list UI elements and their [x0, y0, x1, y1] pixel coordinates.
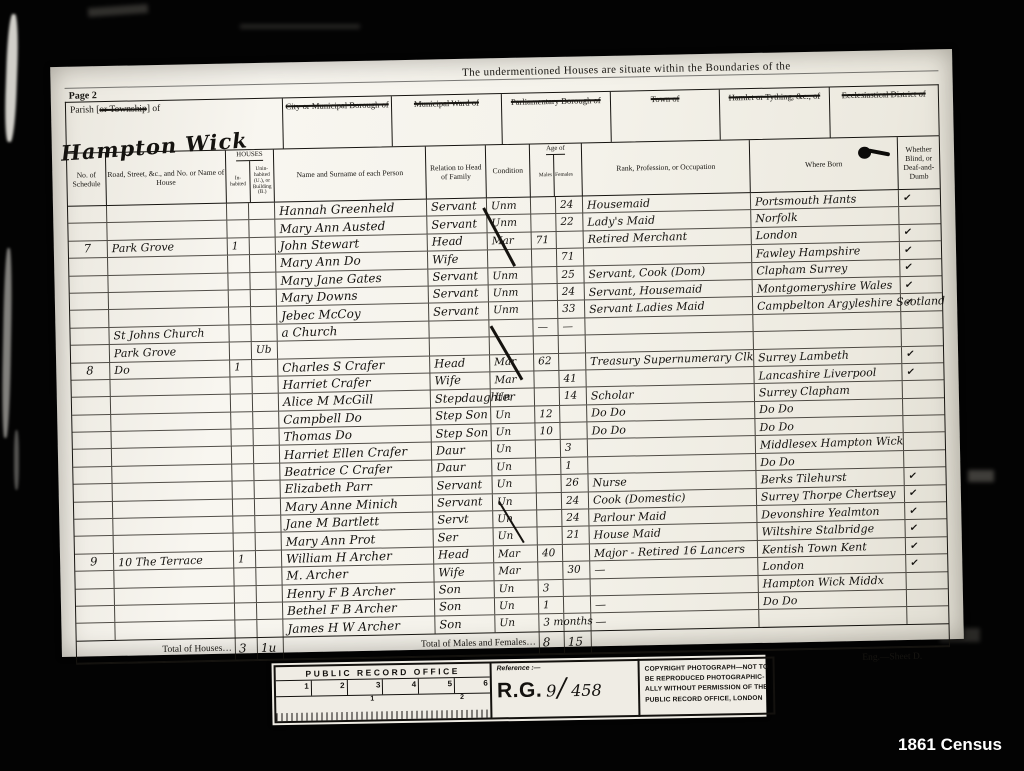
cell-m: 62	[533, 353, 558, 370]
cell-n: a Church	[276, 321, 428, 340]
cell-n: Charles S Crafer	[277, 356, 429, 375]
cell-u	[253, 463, 279, 480]
ruler-number: 1	[276, 681, 312, 697]
handwritten-entry: 33	[562, 304, 576, 315]
cell-b: Campbelton Argyleshire Scotland	[752, 294, 900, 313]
check-mark: ✓	[909, 540, 919, 552]
cell-i	[229, 377, 251, 394]
cell-o	[587, 437, 755, 457]
handwritten-entry: 26	[565, 478, 579, 489]
cell-n: Elizabeth Parr	[280, 478, 432, 497]
handwritten-entry: Elizabeth Parr	[285, 481, 373, 496]
handwritten-entry: 3	[543, 583, 550, 594]
cell-m	[535, 458, 560, 475]
image-caption: 1861 Census	[898, 735, 1002, 755]
cell-u	[255, 550, 281, 567]
handwritten-entry: Do Do	[760, 456, 795, 468]
total-houses-label: Total of Houses…	[77, 638, 235, 662]
cell-i	[234, 620, 256, 637]
handwritten-entry: 12	[539, 409, 553, 420]
cell-u	[252, 411, 278, 428]
cell-k	[900, 311, 942, 328]
handwritten-entry: Nurse	[592, 476, 626, 488]
cell-c: Unm	[488, 284, 532, 301]
handwritten-entry: Portsmouth Hants	[755, 193, 857, 207]
cell-k	[902, 398, 944, 415]
cell-u	[249, 237, 275, 254]
cell-s	[75, 536, 113, 553]
cell-r: Servant	[432, 494, 492, 512]
total-mf-label: Total of Males and Females…	[283, 632, 539, 658]
cell-h	[110, 395, 230, 414]
handwritten-entry: Servant	[433, 305, 479, 318]
cell-m	[531, 267, 556, 284]
cell-c: Unm	[486, 198, 530, 215]
handwritten-entry: 62	[538, 356, 552, 367]
total-uninhabited-value: 1u	[257, 637, 283, 659]
cell-i: 1	[227, 238, 249, 255]
cell-n: Hannah Greenheld	[274, 200, 426, 219]
cell-m	[533, 336, 558, 353]
handwritten-entry: Servant	[436, 479, 482, 492]
cell-m	[531, 249, 556, 266]
cell-k	[906, 589, 948, 606]
check-mark: ✓	[908, 488, 918, 500]
cell-o: Servant, Housemaid	[584, 280, 752, 300]
handwritten-entry: Unm	[491, 201, 517, 212]
cell-o: Do Do	[586, 419, 754, 439]
handwritten-entry: Head	[434, 358, 465, 370]
cell-s	[76, 606, 114, 623]
handwritten-entry: Un	[496, 462, 512, 473]
handwritten-entry: Retired Merchant	[588, 231, 688, 245]
header-age-title: Age of	[546, 144, 565, 156]
handwritten-entry: Do Do	[591, 424, 626, 436]
film-streak	[4, 14, 19, 142]
cell-i	[230, 412, 252, 429]
header-born: Where Born	[749, 137, 898, 192]
handwritten-entry: Servant Ladies Maid	[589, 300, 705, 315]
cell-f	[559, 405, 586, 422]
handwritten-entry: William H Archer	[286, 550, 392, 565]
reference-part1: 9	[546, 681, 557, 700]
cell-u	[250, 307, 276, 324]
handwritten-entry: Scholar	[591, 389, 634, 401]
cell-u	[251, 359, 277, 376]
handwritten-entry: Jane M Bartlett	[285, 515, 379, 530]
ruler-ticks: 1 2	[276, 694, 490, 722]
handwritten-entry: 24	[562, 286, 576, 297]
cell-o	[585, 367, 753, 387]
handwritten-entry: Cook (Domestic)	[593, 492, 686, 506]
ruler-cm-number: 1	[370, 696, 374, 703]
cell-s	[74, 484, 112, 501]
cell-f: 41	[558, 370, 585, 387]
handwritten-entry: Ser	[438, 532, 459, 544]
film-smudge	[240, 24, 360, 29]
cell-i	[226, 221, 248, 238]
cell-n: Mary Downs	[276, 287, 428, 306]
cell-i	[226, 203, 248, 220]
cell-r: Head	[427, 233, 487, 251]
cell-b: Wiltshire Stalbridge	[756, 520, 904, 539]
handwritten-entry: Mar	[498, 566, 520, 577]
cell-b	[753, 329, 901, 348]
cell-c: Un	[491, 441, 535, 458]
handwritten-entry: Mar	[494, 375, 516, 386]
pro-reference-section: Reference :— R.G. 9 / 458	[491, 659, 640, 720]
handwritten-entry: Henry F B Archer	[287, 585, 395, 600]
header-houses: HOUSES In-habited Unin-habited (U.), or …	[225, 150, 274, 203]
cell-u	[248, 203, 274, 220]
handwritten-entry: Norfolk	[755, 212, 798, 224]
cell-n: Thomas Do	[278, 426, 430, 445]
cell-m	[532, 301, 557, 318]
cell-m: 12	[534, 406, 559, 423]
cell-s	[70, 328, 108, 345]
cell-c: Mar	[489, 371, 533, 388]
handwritten-entry: 24	[566, 495, 580, 506]
cell-b	[752, 312, 900, 331]
cell-i	[227, 255, 249, 272]
cell-r: Step Son	[430, 407, 490, 425]
handwritten-entry: Do Do	[759, 421, 794, 433]
cell-k	[903, 433, 945, 450]
handwritten-entry: Park Grove	[112, 242, 175, 255]
pro-copyright-section: COPYRIGHT PHOTOGRAPH—NOT TO BE REPRODUCE…	[639, 657, 775, 717]
cell-k: ✓	[901, 346, 943, 363]
district-box-label: Municipal Ward of	[414, 98, 479, 109]
handwritten-entry: Daur	[436, 462, 465, 474]
cell-s	[75, 571, 113, 588]
cell-o: Do Do	[586, 402, 754, 422]
handwritten-entry: Alice M McGill	[283, 394, 374, 409]
handwritten-entry: Lady's Maid	[587, 215, 655, 228]
handwritten-entry: Servant	[431, 201, 477, 214]
cell-h	[107, 256, 227, 275]
cell-u	[254, 481, 280, 498]
district-box-label: Hamlet or Tything, &c., of	[728, 91, 820, 103]
handwritten-entry: Parlour Maid	[593, 510, 666, 523]
cell-h	[110, 412, 230, 431]
cell-r: Servant	[426, 216, 486, 234]
header-blind: Whether Blind, or Deaf-and-Dumb	[897, 136, 940, 189]
district-box-label: Town of	[651, 93, 680, 104]
cell-o: Servant Ladies Maid	[584, 297, 752, 317]
cell-f: —	[557, 318, 584, 335]
handwritten-entry: 3 months	[543, 616, 593, 628]
check-mark: ✓	[904, 279, 914, 291]
handwritten-entry: 10 The Terrace	[118, 554, 203, 568]
handwritten-entry: 1	[543, 600, 550, 611]
cell-b	[758, 607, 906, 626]
handwritten-entry: a Church	[281, 325, 337, 339]
cell-o	[584, 315, 752, 335]
cell-s	[72, 397, 110, 414]
handwritten-entry: 1	[232, 241, 239, 252]
census-sheet: The undermentioned Houses are situate wi…	[50, 49, 964, 657]
handwritten-entry: Mary Ann Do	[280, 255, 361, 269]
cell-h	[114, 621, 234, 640]
cell-u	[254, 516, 280, 533]
handwritten-entry: 14	[564, 391, 578, 402]
handwritten-entry: Wife	[434, 375, 461, 387]
cell-o: Cook (Domestic)	[588, 489, 756, 509]
handwritten-entry: 24	[560, 200, 574, 211]
reference-slash: /	[557, 673, 566, 703]
handwritten-entry: Servant	[432, 270, 478, 283]
cell-h	[111, 430, 231, 449]
cell-n: Alice M McGill	[278, 391, 430, 410]
cell-m: 3	[538, 580, 563, 597]
handwritten-entry: 25	[561, 269, 575, 280]
cell-s: 9	[75, 554, 113, 571]
handwritten-entry: Major - Retired 16 Lancers	[594, 543, 745, 559]
total-females-number: 15	[565, 635, 584, 649]
handwritten-entry: Surrey Lambeth	[758, 350, 849, 364]
handwritten-entry: Un	[499, 618, 515, 629]
cell-h	[107, 273, 227, 292]
handwritten-entry: Un	[499, 583, 515, 594]
cell-f	[563, 596, 590, 613]
cell-r	[429, 337, 489, 355]
district-box-town: Town of	[610, 90, 720, 142]
cell-b: Do Do	[758, 590, 906, 609]
film-smudge	[88, 4, 148, 17]
check-mark: ✓	[909, 523, 919, 535]
cell-u	[249, 272, 275, 289]
handwritten-entry: Park Grove	[114, 346, 177, 359]
cell-s	[69, 258, 107, 275]
cell-k: ✓	[904, 485, 946, 502]
cell-m	[535, 440, 560, 457]
cell-s	[70, 310, 108, 327]
cell-u	[251, 377, 277, 394]
cell-k: ✓	[905, 537, 947, 554]
handwritten-entry: Devonshire Yealmton	[761, 506, 879, 521]
handwritten-entry: Harriet Ellen Crafer	[284, 445, 407, 461]
handwritten-entry: Un	[498, 531, 514, 542]
cell-r: Ser	[433, 529, 493, 547]
ruler-number: 5	[419, 678, 455, 694]
cell-u	[252, 394, 278, 411]
cell-k: ✓	[898, 189, 940, 206]
cell-k: ✓	[904, 502, 946, 519]
handwritten-entry: Do	[114, 365, 130, 376]
total-houses-value: 3	[235, 638, 257, 659]
cell-s	[71, 380, 109, 397]
cell-f	[563, 579, 590, 596]
handwritten-entry: Mary Ann Prot	[286, 533, 376, 548]
cell-o: Scholar	[586, 384, 754, 404]
header-uninhabited: Unin-habited (U.), or Building (B.)	[249, 161, 274, 202]
cell-f: 22	[555, 214, 582, 231]
handwritten-entry: Harriet Crafer	[282, 376, 370, 391]
handwritten-entry: Unm	[493, 305, 519, 316]
cell-h	[106, 204, 226, 223]
cell-h	[108, 291, 228, 310]
cell-m	[536, 493, 561, 510]
handwritten-entry: Berks Tilehurst	[760, 472, 846, 486]
cell-k: ✓	[899, 241, 941, 258]
cell-m	[537, 527, 562, 544]
cell-r: Wife	[429, 372, 489, 390]
cell-n: M. Archer	[281, 565, 433, 584]
parish-suffix: ] of	[147, 104, 161, 114]
cell-i	[228, 290, 250, 307]
check-mark: ✓	[909, 505, 919, 517]
cell-k: ✓	[899, 224, 941, 241]
handwritten-entry: St Johns Church	[113, 328, 204, 342]
handwritten-entry: Ub	[256, 345, 272, 356]
check-mark: ✓	[902, 192, 912, 204]
cell-h	[109, 377, 229, 396]
header-name: Name and Surname of each Person	[273, 147, 426, 202]
cell-r: Servant	[427, 268, 487, 286]
cell-m	[533, 371, 558, 388]
cell-r: Son	[434, 598, 494, 616]
check-mark: ✓	[905, 349, 915, 361]
cell-k: ✓	[900, 276, 942, 293]
cell-u	[249, 255, 275, 272]
cell-h	[112, 482, 232, 501]
cell-n: James H W Archer	[282, 617, 434, 636]
cell-i	[231, 464, 253, 481]
cell-c: Un	[490, 424, 534, 441]
cell-u: Ub	[251, 342, 277, 359]
handwritten-entry: Wiltshire Stalbridge	[761, 523, 874, 537]
cell-b: Do Do	[754, 399, 902, 418]
handwritten-entry: 3	[565, 443, 572, 454]
handwritten-entry: Servant	[437, 496, 483, 509]
cell-c	[489, 337, 533, 354]
pro-reference-label: PUBLIC RECORD OFFICE 1 2 3 4 5 6 1 2 Ref…	[271, 655, 766, 726]
cell-c: Un	[491, 458, 535, 475]
cell-n: Harriet Crafer	[277, 373, 429, 392]
cell-i	[230, 394, 252, 411]
handwritten-entry: Servant, Cook (Dom)	[588, 266, 705, 281]
cell-b: Lancashire Liverpool	[753, 364, 901, 383]
cell-i	[231, 447, 253, 464]
cell-n: Henry F B Archer	[282, 582, 434, 601]
reference-prefix: R.G.	[497, 679, 543, 704]
cell-c: Un	[494, 597, 538, 614]
handwritten-entry: 22	[560, 217, 574, 228]
handwritten-entry: Jebec McCoy	[281, 307, 361, 321]
cell-b: Clapham Surrey	[751, 260, 899, 279]
cell-n: Mary Anne Minich	[280, 495, 432, 514]
handwritten-entry: 21	[567, 530, 581, 541]
cell-i	[227, 273, 249, 290]
cell-s	[76, 589, 114, 606]
cell-c: Un	[494, 580, 538, 597]
handwritten-entry: Do Do	[591, 407, 626, 419]
cell-f	[558, 336, 585, 353]
parish-struck: or Township	[99, 104, 147, 115]
cell-c: Mar	[487, 232, 531, 249]
cell-m: 3 months	[538, 614, 563, 631]
cell-c: Mar	[493, 563, 537, 580]
cell-s	[68, 206, 106, 223]
ruler-number: 3	[347, 679, 383, 695]
handwritten-entry: Son	[439, 619, 462, 631]
cell-o: Retired Merchant	[583, 228, 751, 248]
handwritten-entry: Wife	[438, 566, 465, 578]
handwritten-entry: Clapham Surrey	[756, 263, 847, 277]
district-box-label: City or Municipal Borough of	[285, 99, 388, 111]
handwritten-entry: Servt	[437, 514, 469, 526]
cell-b: Berks Tilehurst	[755, 468, 903, 487]
cell-c: Unm	[488, 302, 532, 319]
handwritten-entry: Fawley Hampshire	[756, 245, 861, 259]
handwritten-entry: London	[756, 229, 798, 241]
handwritten-entry: Servant	[433, 288, 479, 301]
handwritten-entry: Step Son	[435, 427, 488, 440]
handwritten-entry: Step Son	[435, 409, 488, 422]
cell-i	[228, 325, 250, 342]
cell-r: Stepdaughter	[430, 390, 490, 408]
handwritten-entry: 40	[542, 548, 556, 559]
cell-r: Daur	[431, 459, 491, 477]
cell-r: Servt	[432, 511, 492, 529]
handwritten-entry: Un	[495, 392, 511, 403]
cell-o: Nurse	[587, 471, 755, 491]
handwritten-entry: 71	[561, 252, 575, 263]
cell-b: Surrey Thorpe Chertsey	[756, 486, 904, 505]
cell-b: Fawley Hampshire	[751, 242, 899, 261]
cell-h	[106, 221, 226, 240]
handwritten-entry: Montgomeryshire Wales	[757, 279, 893, 294]
cell-m: —	[532, 319, 557, 336]
cell-b: Do Do	[754, 416, 902, 435]
cell-i: 1	[229, 360, 251, 377]
cell-m: 40	[537, 545, 562, 562]
cell-s	[74, 502, 112, 519]
handwritten-entry: 10	[539, 426, 553, 437]
cell-i	[234, 586, 256, 603]
cell-i	[229, 342, 251, 359]
handwritten-entry: Son	[439, 584, 462, 596]
ruler-number: 2	[312, 680, 348, 696]
handwritten-entry: 8	[86, 365, 94, 377]
cell-r: Wife	[433, 564, 493, 582]
check-mark: ✓	[910, 557, 920, 569]
handwritten-entry: Do Do	[763, 595, 798, 607]
cell-r: Servant	[428, 303, 488, 321]
cell-s	[71, 345, 109, 362]
handwritten-entry: Un	[495, 409, 511, 420]
cell-k	[898, 207, 940, 224]
handwritten-entry: Do Do	[759, 403, 794, 415]
cell-b: Hampton Wick Middx	[758, 573, 906, 592]
cell-h	[114, 604, 234, 623]
reference-part2: 458	[571, 681, 602, 701]
cell-i	[228, 307, 250, 324]
handwritten-entry: Mar	[498, 548, 520, 559]
header-condition: Condition	[485, 145, 530, 198]
cell-s	[72, 415, 110, 432]
cell-h: Park Grove	[109, 343, 229, 362]
handwritten-entry: Unm	[492, 270, 518, 281]
handwritten-entry: Servant, Housemaid	[589, 283, 703, 297]
handwritten-entry: 24	[566, 512, 580, 523]
cell-f: 21	[562, 527, 589, 544]
handwritten-entry: Wife	[432, 253, 459, 265]
cell-h: Park Grove	[107, 238, 227, 257]
cell-m	[536, 510, 561, 527]
handwritten-entry: —	[537, 322, 548, 333]
cell-f	[562, 544, 589, 561]
